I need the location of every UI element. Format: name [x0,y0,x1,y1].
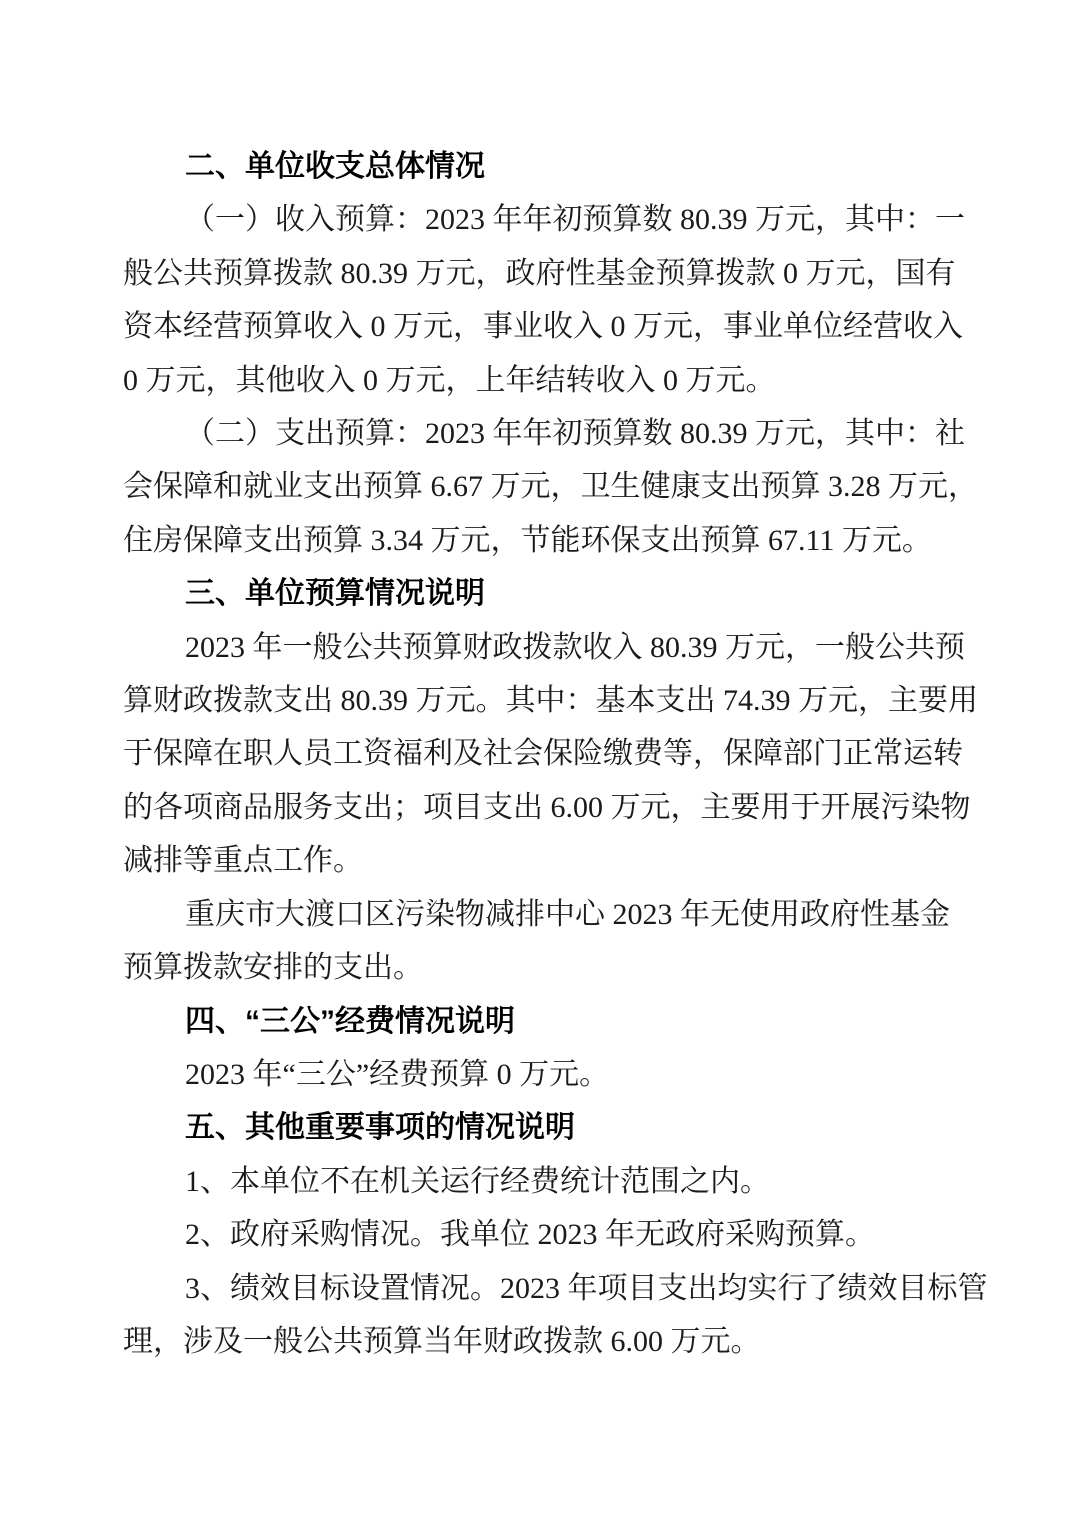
paragraph-line: 资本经营预算收入 0 万元，事业收入 0 万元，事业单位经营收入 [123,300,941,353]
paragraph-line: 1、本单位不在机关运行经费统计范围之内。 [123,1155,941,1208]
paragraph-line: 3、绩效目标设置情况。2023 年项目支出均实行了绩效目标管 [123,1262,941,1315]
paragraph-line: 般公共预算拨款 80.39 万元，政府性基金预算拨款 0 万元，国有 [123,247,941,300]
document-page: 二、单位收支总体情况 （一）收入预算：2023 年年初预算数 80.39 万元，… [0,0,1074,1520]
section-budget-explanation: 三、单位预算情况说明 2023 年一般公共预算财政拨款收入 80.39 万元，一… [123,567,941,994]
paragraph-item-1: 1、本单位不在机关运行经费统计范围之内。 [123,1155,941,1208]
paragraph-line: 重庆市大渡口区污染物减排中心 2023 年无使用政府性基金 [123,888,941,941]
paragraph-line: 2023 年一般公共预算财政拨款收入 80.39 万元，一般公共预 [123,621,941,674]
section-heading: 四、“三公”经费情况说明 [123,995,941,1048]
paragraph-line: （二）支出预算：2023 年年初预算数 80.39 万元，其中：社 [123,407,941,460]
paragraph-line: 算财政拨款支出 80.39 万元。其中：基本支出 74.39 万元，主要用 [123,674,941,727]
paragraph-line: 于保障在职人员工资福利及社会保险缴费等，保障部门正常运转 [123,727,941,780]
paragraph-line: 2、政府采购情况。我单位 2023 年无政府采购预算。 [123,1208,941,1261]
paragraph-line: 理，涉及一般公共预算当年财政拨款 6.00 万元。 [123,1315,941,1368]
paragraph-line: 预算拨款安排的支出。 [123,941,941,994]
paragraph-expenditure-budget: （二）支出预算：2023 年年初预算数 80.39 万元，其中：社 会保障和就业… [123,407,941,567]
section-heading: 五、其他重要事项的情况说明 [123,1101,941,1154]
paragraph-line: 会保障和就业支出预算 6.67 万元，卫生健康支出预算 3.28 万元， [123,460,941,513]
paragraph-fiscal-appropriation: 2023 年一般公共预算财政拨款收入 80.39 万元，一般公共预 算财政拨款支… [123,621,941,888]
section-heading: 二、单位收支总体情况 [123,140,941,193]
section-income-expenditure-overview: 二、单位收支总体情况 （一）收入预算：2023 年年初预算数 80.39 万元，… [123,140,941,567]
paragraph-line: 减排等重点工作。 [123,834,941,887]
section-three-public-expenses: 四、“三公”经费情况说明 2023 年“三公”经费预算 0 万元。 [123,995,941,1102]
paragraph-government-fund: 重庆市大渡口区污染物减排中心 2023 年无使用政府性基金 预算拨款安排的支出。 [123,888,941,995]
paragraph-line: （一）收入预算：2023 年年初预算数 80.39 万元，其中：一 [123,193,941,246]
section-other-important-matters: 五、其他重要事项的情况说明 1、本单位不在机关运行经费统计范围之内。 2、政府采… [123,1101,941,1368]
paragraph-line: 0 万元，其他收入 0 万元，上年结转收入 0 万元。 [123,354,941,407]
paragraph-income-budget: （一）收入预算：2023 年年初预算数 80.39 万元，其中：一 般公共预算拨… [123,193,941,407]
paragraph-three-public-budget: 2023 年“三公”经费预算 0 万元。 [123,1048,941,1101]
paragraph-item-3: 3、绩效目标设置情况。2023 年项目支出均实行了绩效目标管 理，涉及一般公共预… [123,1262,941,1369]
paragraph-item-2: 2、政府采购情况。我单位 2023 年无政府采购预算。 [123,1208,941,1261]
paragraph-line: 的各项商品服务支出；项目支出 6.00 万元，主要用于开展污染物 [123,781,941,834]
paragraph-line: 2023 年“三公”经费预算 0 万元。 [123,1048,941,1101]
section-heading: 三、单位预算情况说明 [123,567,941,620]
paragraph-line: 住房保障支出预算 3.34 万元，节能环保支出预算 67.11 万元。 [123,514,941,567]
